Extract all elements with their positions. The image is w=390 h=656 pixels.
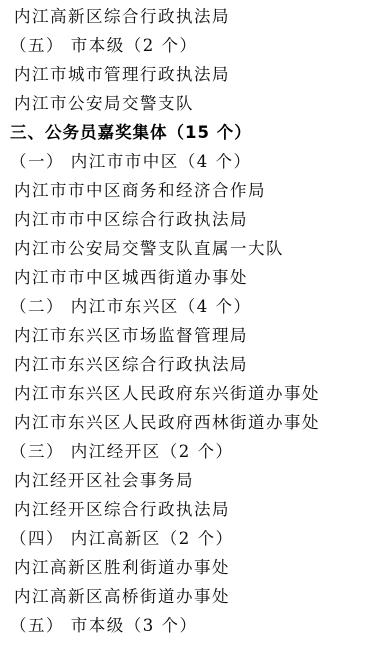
list-item: 内江经开区综合行政执法局 [14, 495, 380, 524]
subsection-heading: （一） 内江市市中区（4 个） [10, 147, 380, 176]
list-item: 内江市东兴区人民政府西林街道办事处 [14, 408, 380, 437]
list-item: 内江市公安局交警支队 [14, 89, 380, 118]
list-item: 内江市东兴区市场监督管理局 [14, 321, 380, 350]
subsection-heading: （五） 市本级（3 个） [10, 611, 380, 640]
list-item: 内江市市中区城西街道办事处 [14, 263, 380, 292]
list-item: 内江市东兴区综合行政执法局 [14, 350, 380, 379]
list-item: 内江高新区胜利街道办事处 [14, 553, 380, 582]
list-item: 内江高新区高桥街道办事处 [14, 582, 380, 611]
subsection-heading: （四） 内江高新区（2 个） [10, 524, 380, 553]
subsection-heading: （三） 内江经开区（2 个） [10, 437, 380, 466]
list-item: 内江经开区社会事务局 [14, 466, 380, 495]
list-item: 内江市公安局交警支队直属一大队 [14, 234, 380, 263]
list-item: 内江市市中区商务和经济合作局 [14, 176, 380, 205]
list-item: 内江市城市管理行政执法局 [14, 60, 380, 89]
subsection-heading: （二） 内江市东兴区（4 个） [10, 292, 380, 321]
list-item: 内江高新区综合行政执法局 [14, 2, 380, 31]
document-body: 内江高新区综合行政执法局 （五） 市本级（2 个） 内江市城市管理行政执法局 内… [0, 0, 390, 656]
section-heading: 三、公务员嘉奖集体（15 个） [10, 118, 380, 147]
list-item: 内江市市中区综合行政执法局 [14, 205, 380, 234]
list-item: 内江市东兴区人民政府东兴街道办事处 [14, 379, 380, 408]
subsection-heading: （五） 市本级（2 个） [10, 31, 380, 60]
